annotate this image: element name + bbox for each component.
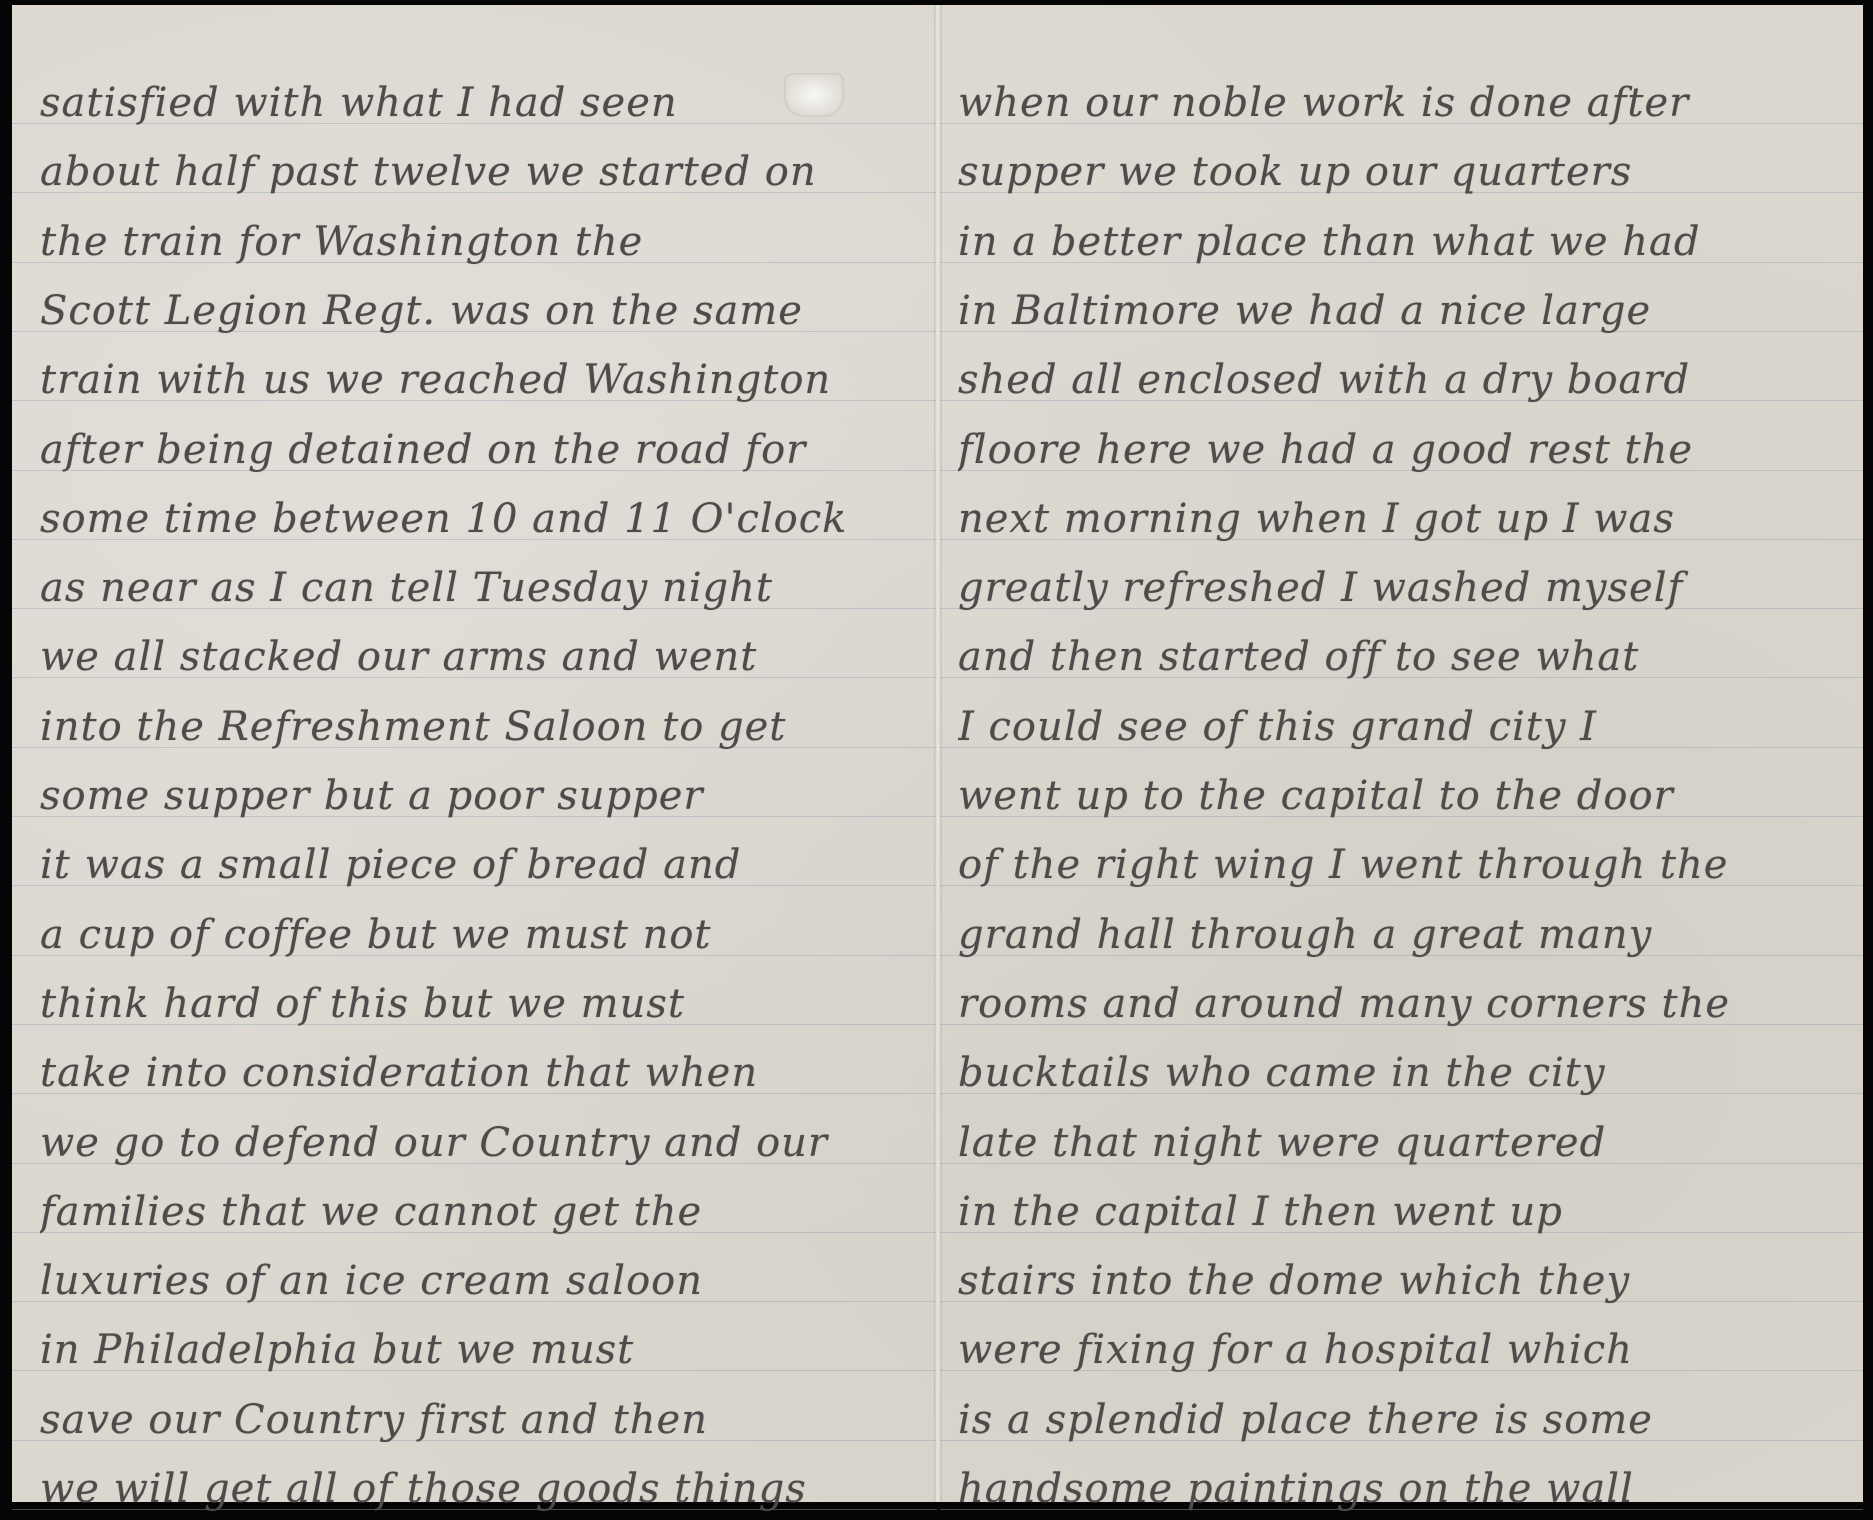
handwritten-line: stairs into the dome which they <box>958 1251 1855 1311</box>
handwritten-line: some supper but a poor supper <box>40 766 929 826</box>
letter-sheet: satisfied with what I had seenabout half… <box>12 5 1863 1502</box>
handwritten-line: when our noble work is done after <box>958 73 1855 133</box>
handwritten-line: late that night were quartered <box>958 1113 1855 1173</box>
handwritten-line: in Philadelphia but we must <box>40 1320 929 1380</box>
handwritten-line: take into consideration that when <box>40 1043 929 1103</box>
handwritten-line: greatly refreshed I washed myself <box>958 558 1855 618</box>
handwritten-line: I could see of this grand city I <box>958 697 1855 757</box>
handwritten-line: in the capital I then went up <box>958 1182 1855 1242</box>
handwritten-line: we go to defend our Country and our <box>40 1113 929 1173</box>
handwritten-line: in a better place than what we had <box>958 212 1855 272</box>
right-page: when our noble work is done aftersupper … <box>940 5 1863 1502</box>
handwritten-line: luxuries of an ice cream saloon <box>40 1251 929 1311</box>
handwritten-line: as near as I can tell Tuesday night <box>40 558 929 618</box>
handwritten-line: it was a small piece of bread and <box>40 835 929 895</box>
handwritten-line: after being detained on the road for <box>40 420 929 480</box>
handwritten-line: satisfied with what I had seen <box>40 73 929 133</box>
handwritten-line: Scott Legion Regt. was on the same <box>40 281 929 341</box>
handwritten-line: we all stacked our arms and went <box>40 627 929 687</box>
handwritten-line: and then started off to see what <box>958 627 1855 687</box>
handwritten-line: think hard of this but we must <box>40 974 929 1034</box>
handwritten-line: a cup of coffee but we must not <box>40 905 929 965</box>
handwritten-line: about half past twelve we started on <box>40 142 929 202</box>
handwritten-line: bucktails who came in the city <box>958 1043 1855 1103</box>
handwritten-line: save our Country first and then <box>40 1390 929 1450</box>
handwritten-line: supper we took up our quarters <box>958 142 1855 202</box>
handwritten-line: families that we cannot get the <box>40 1182 929 1242</box>
handwritten-line: went up to the capital to the door <box>958 766 1855 826</box>
handwritten-line: next morning when I got up I was <box>958 489 1855 549</box>
left-page: satisfied with what I had seenabout half… <box>12 5 937 1502</box>
handwritten-line: were fixing for a hospital which <box>958 1320 1855 1380</box>
handwritten-line: train with us we reached Washington <box>40 350 929 410</box>
handwritten-line: of the right wing I went through the <box>958 835 1855 895</box>
handwritten-line: is a splendid place there is some <box>958 1390 1855 1450</box>
handwritten-line: some time between 10 and 11 O'clock <box>40 489 929 549</box>
handwritten-line: floore here we had a good rest the <box>958 420 1855 480</box>
handwritten-line: we will get all of those goods things <box>40 1459 929 1519</box>
handwritten-line: into the Refreshment Saloon to get <box>40 697 929 757</box>
handwritten-line: shed all enclosed with a dry board <box>958 350 1855 410</box>
handwritten-line: rooms and around many corners the <box>958 974 1855 1034</box>
handwritten-line: handsome paintings on the wall <box>958 1459 1855 1519</box>
handwritten-line: grand hall through a great many <box>958 905 1855 965</box>
handwritten-line: the train for Washington the <box>40 212 929 272</box>
handwritten-line: in Baltimore we had a nice large <box>958 281 1855 341</box>
